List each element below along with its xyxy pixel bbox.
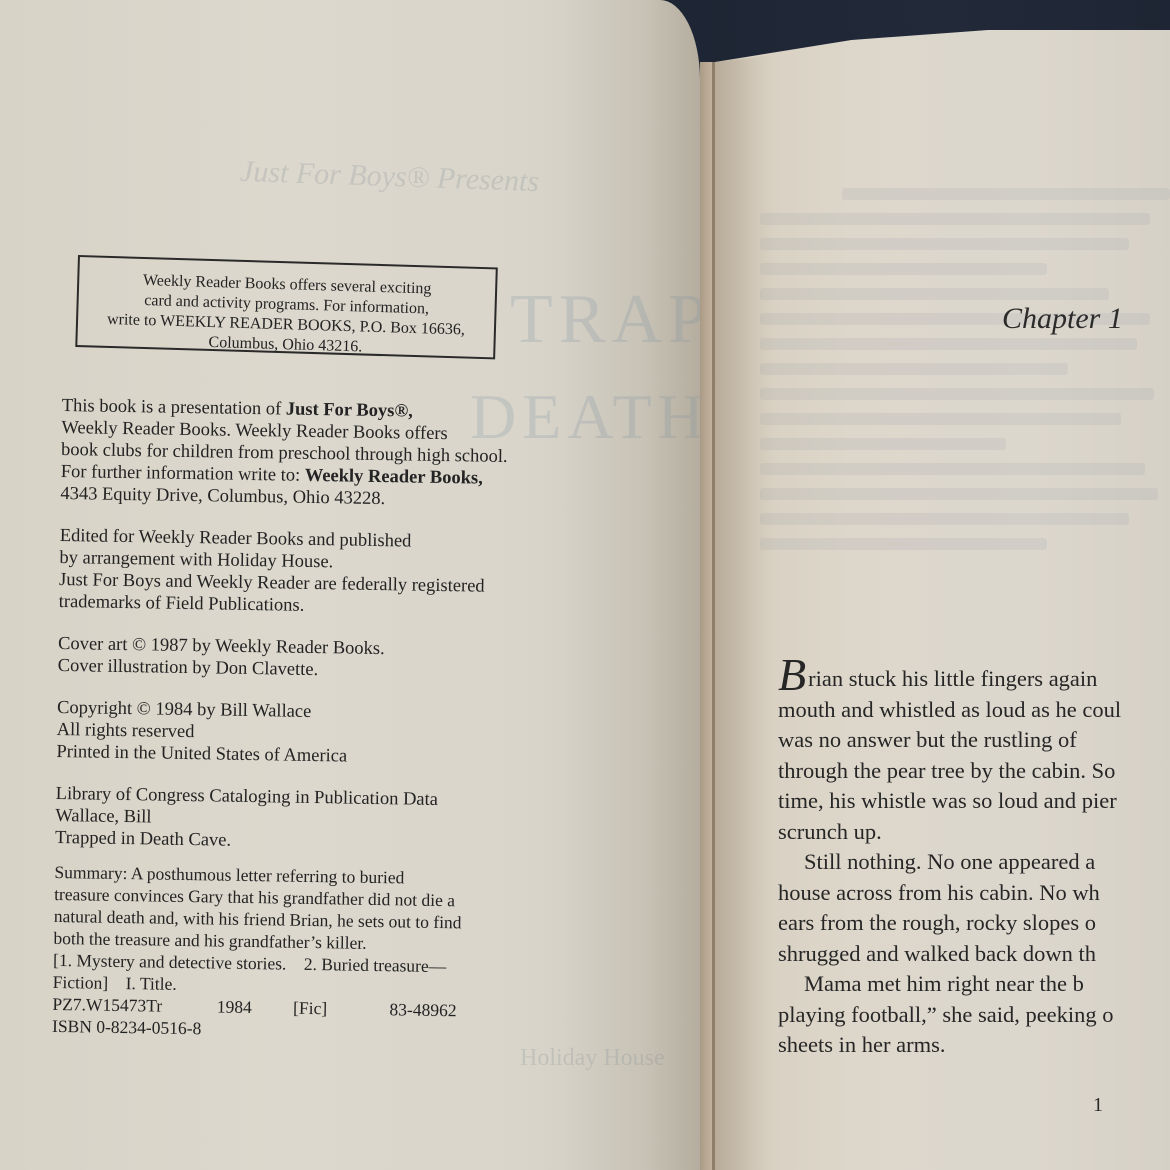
weekly-reader-bold: Weekly Reader Books, — [305, 466, 483, 489]
fic-label: [Fic] — [293, 997, 385, 1020]
text: For further information write to: — [61, 462, 305, 486]
weekly-reader-notice-box: Weekly Reader Books offers several excit… — [75, 255, 498, 359]
edited-paragraph: Edited for Weekly Reader Books and publi… — [59, 525, 580, 621]
chapter-body-text: Brian stuck his little fingers again mou… — [778, 660, 1170, 1061]
just-for-boys-bold: Just For Boys®, — [286, 400, 413, 422]
year: 1984 — [217, 996, 289, 1019]
body-line-1: Brian stuck his little fingers again — [778, 660, 1170, 695]
gutter-edge — [712, 62, 715, 1170]
body-line: was no answer but the rustling of — [778, 725, 1170, 756]
body-line: shrugged and walked back down th — [778, 939, 1170, 970]
call-number: PZ7.W15473Tr — [52, 993, 212, 1018]
cover-credits: Cover art © 1987 by Weekly Reader Books.… — [58, 633, 579, 685]
summary-paragraph: Summary: A posthumous letter referring t… — [52, 861, 575, 1045]
body-line: scrunch up. — [778, 817, 1170, 848]
body-line: house across from his cabin. No wh — [778, 878, 1170, 909]
left-page-curl-shadow — [560, 0, 700, 1170]
copyright-notice: Copyright © 1984 by Bill Wallace All rig… — [56, 697, 577, 771]
body-line: playing football,” she said, peeking o — [778, 1000, 1170, 1031]
page-number: 1 — [1093, 1094, 1103, 1117]
presentation-paragraph: This book is a presentation of Just For … — [60, 395, 582, 513]
drop-cap: B — [778, 649, 806, 700]
cataloging-data: Library of Congress Cataloging in Public… — [55, 783, 576, 857]
body-line: Still nothing. No one appeared a — [778, 847, 1170, 878]
body-line: sheets in her arms. — [778, 1030, 1170, 1061]
copyright-page-text: This book is a presentation of Just For … — [52, 395, 582, 1065]
text: This book is a presentation of — [62, 396, 286, 420]
lccn: 83-48962 — [389, 998, 456, 1021]
body-line: Mama met him right near the b — [778, 969, 1170, 1000]
show-through-text-lines — [760, 175, 1170, 563]
text: rian stuck his little fingers again — [808, 666, 1097, 691]
body-line: ears from the rough, rocky slopes o — [778, 908, 1170, 939]
body-line: time, his whistle was so loud and pier — [778, 786, 1170, 817]
chapter-title: Chapter 1 — [1002, 302, 1123, 336]
body-line: mouth and whistled as loud as he coul — [778, 695, 1170, 726]
body-line: through the pear tree by the cabin. So — [778, 756, 1170, 787]
